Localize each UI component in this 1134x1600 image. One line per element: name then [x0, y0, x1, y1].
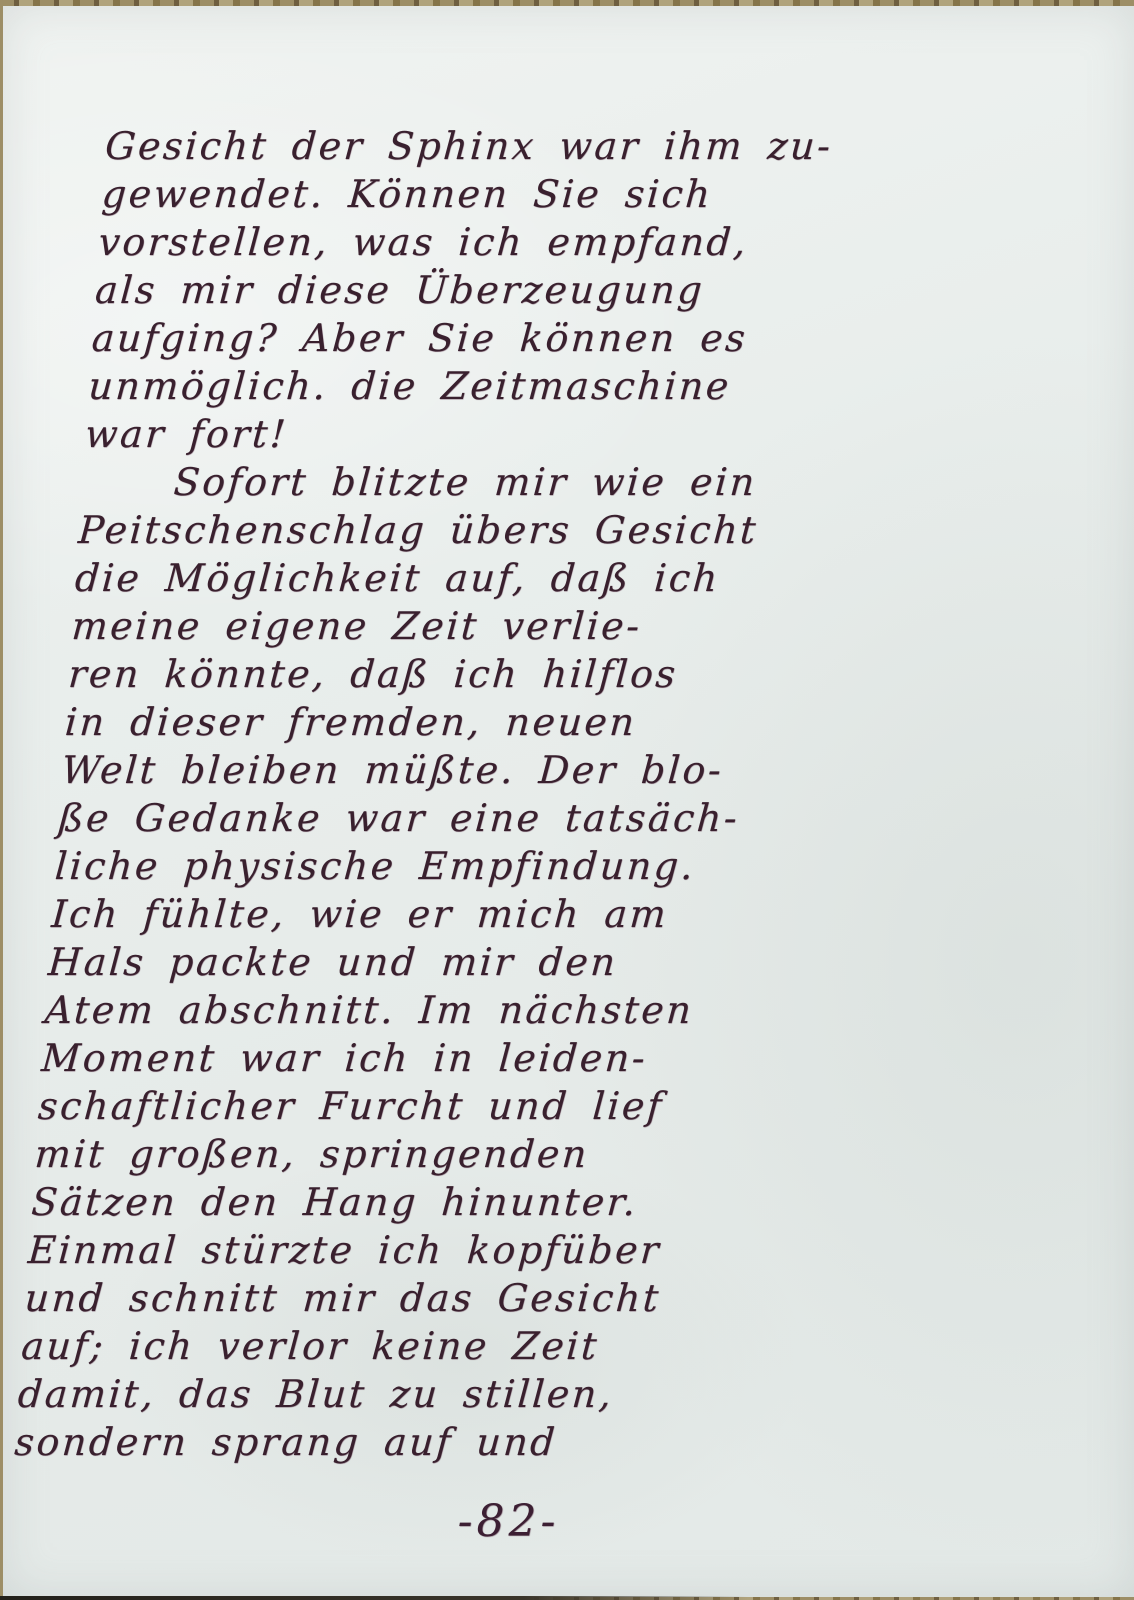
text-line: Atem abschnitt. Im nächsten	[43, 986, 996, 1034]
text-line: Sätzen den Hang hinunter.	[30, 1178, 983, 1226]
text-line: war fort!	[84, 410, 1037, 458]
text-line: Hals packte und mir den	[47, 938, 1000, 986]
text-line-paragraph-start: Sofort blitzte mir wie ein	[80, 458, 1033, 506]
handwritten-text-block: Gesicht der Sphinx war ihm zu- gewendet.…	[13, 122, 1057, 1466]
text-line: in dieser fremden, neuen	[63, 698, 1016, 746]
text-line: und schnitt mir das Gesicht	[23, 1274, 976, 1322]
text-line: gewendet. Können Sie sich	[100, 170, 1053, 218]
photo-background-wood: Gesicht der Sphinx war ihm zu- gewendet.…	[0, 0, 1134, 1600]
text-line: als mir diese Überzeugung	[94, 266, 1047, 314]
text-line: Welt bleiben müßte. Der blo-	[60, 746, 1013, 794]
text-line: auf; ich verlor keine Zeit	[20, 1322, 973, 1370]
text-line: sondern sprang auf und	[13, 1418, 966, 1466]
text-line: schaftlicher Furcht und lief	[37, 1082, 990, 1130]
table-edge-shadow	[0, 1596, 748, 1600]
text-line: Moment war ich in leiden-	[40, 1034, 993, 1082]
text-line: Einmal stürzte ich kopfüber	[26, 1226, 979, 1274]
text-line: unmöglich. die Zeitmaschine	[87, 362, 1040, 410]
text-line: ße Gedanke war eine tatsäch-	[57, 794, 1010, 842]
page-number: -82-	[3, 1496, 1014, 1547]
text-line: mit großen, springenden	[33, 1130, 986, 1178]
text-line: vorstellen, was ich empfand,	[97, 218, 1050, 266]
text-line: Peitschenschlag übers Gesicht	[77, 506, 1030, 554]
text-line: aufging? Aber Sie können es	[90, 314, 1043, 362]
text-line: die Möglichkeit auf, daß ich	[73, 554, 1026, 602]
text-line: damit, das Blut zu stillen,	[16, 1370, 969, 1418]
manuscript-paper: Gesicht der Sphinx war ihm zu- gewendet.…	[3, 6, 1134, 1597]
text-line: ren könnte, daß ich hilflos	[67, 650, 1020, 698]
text-line: Ich fühlte, wie er mich am	[50, 890, 1003, 938]
text-line: meine eigene Zeit verlie-	[70, 602, 1023, 650]
text-line: Gesicht der Sphinx war ihm zu-	[104, 122, 1057, 170]
text-line: liche physische Empfindung.	[53, 842, 1006, 890]
